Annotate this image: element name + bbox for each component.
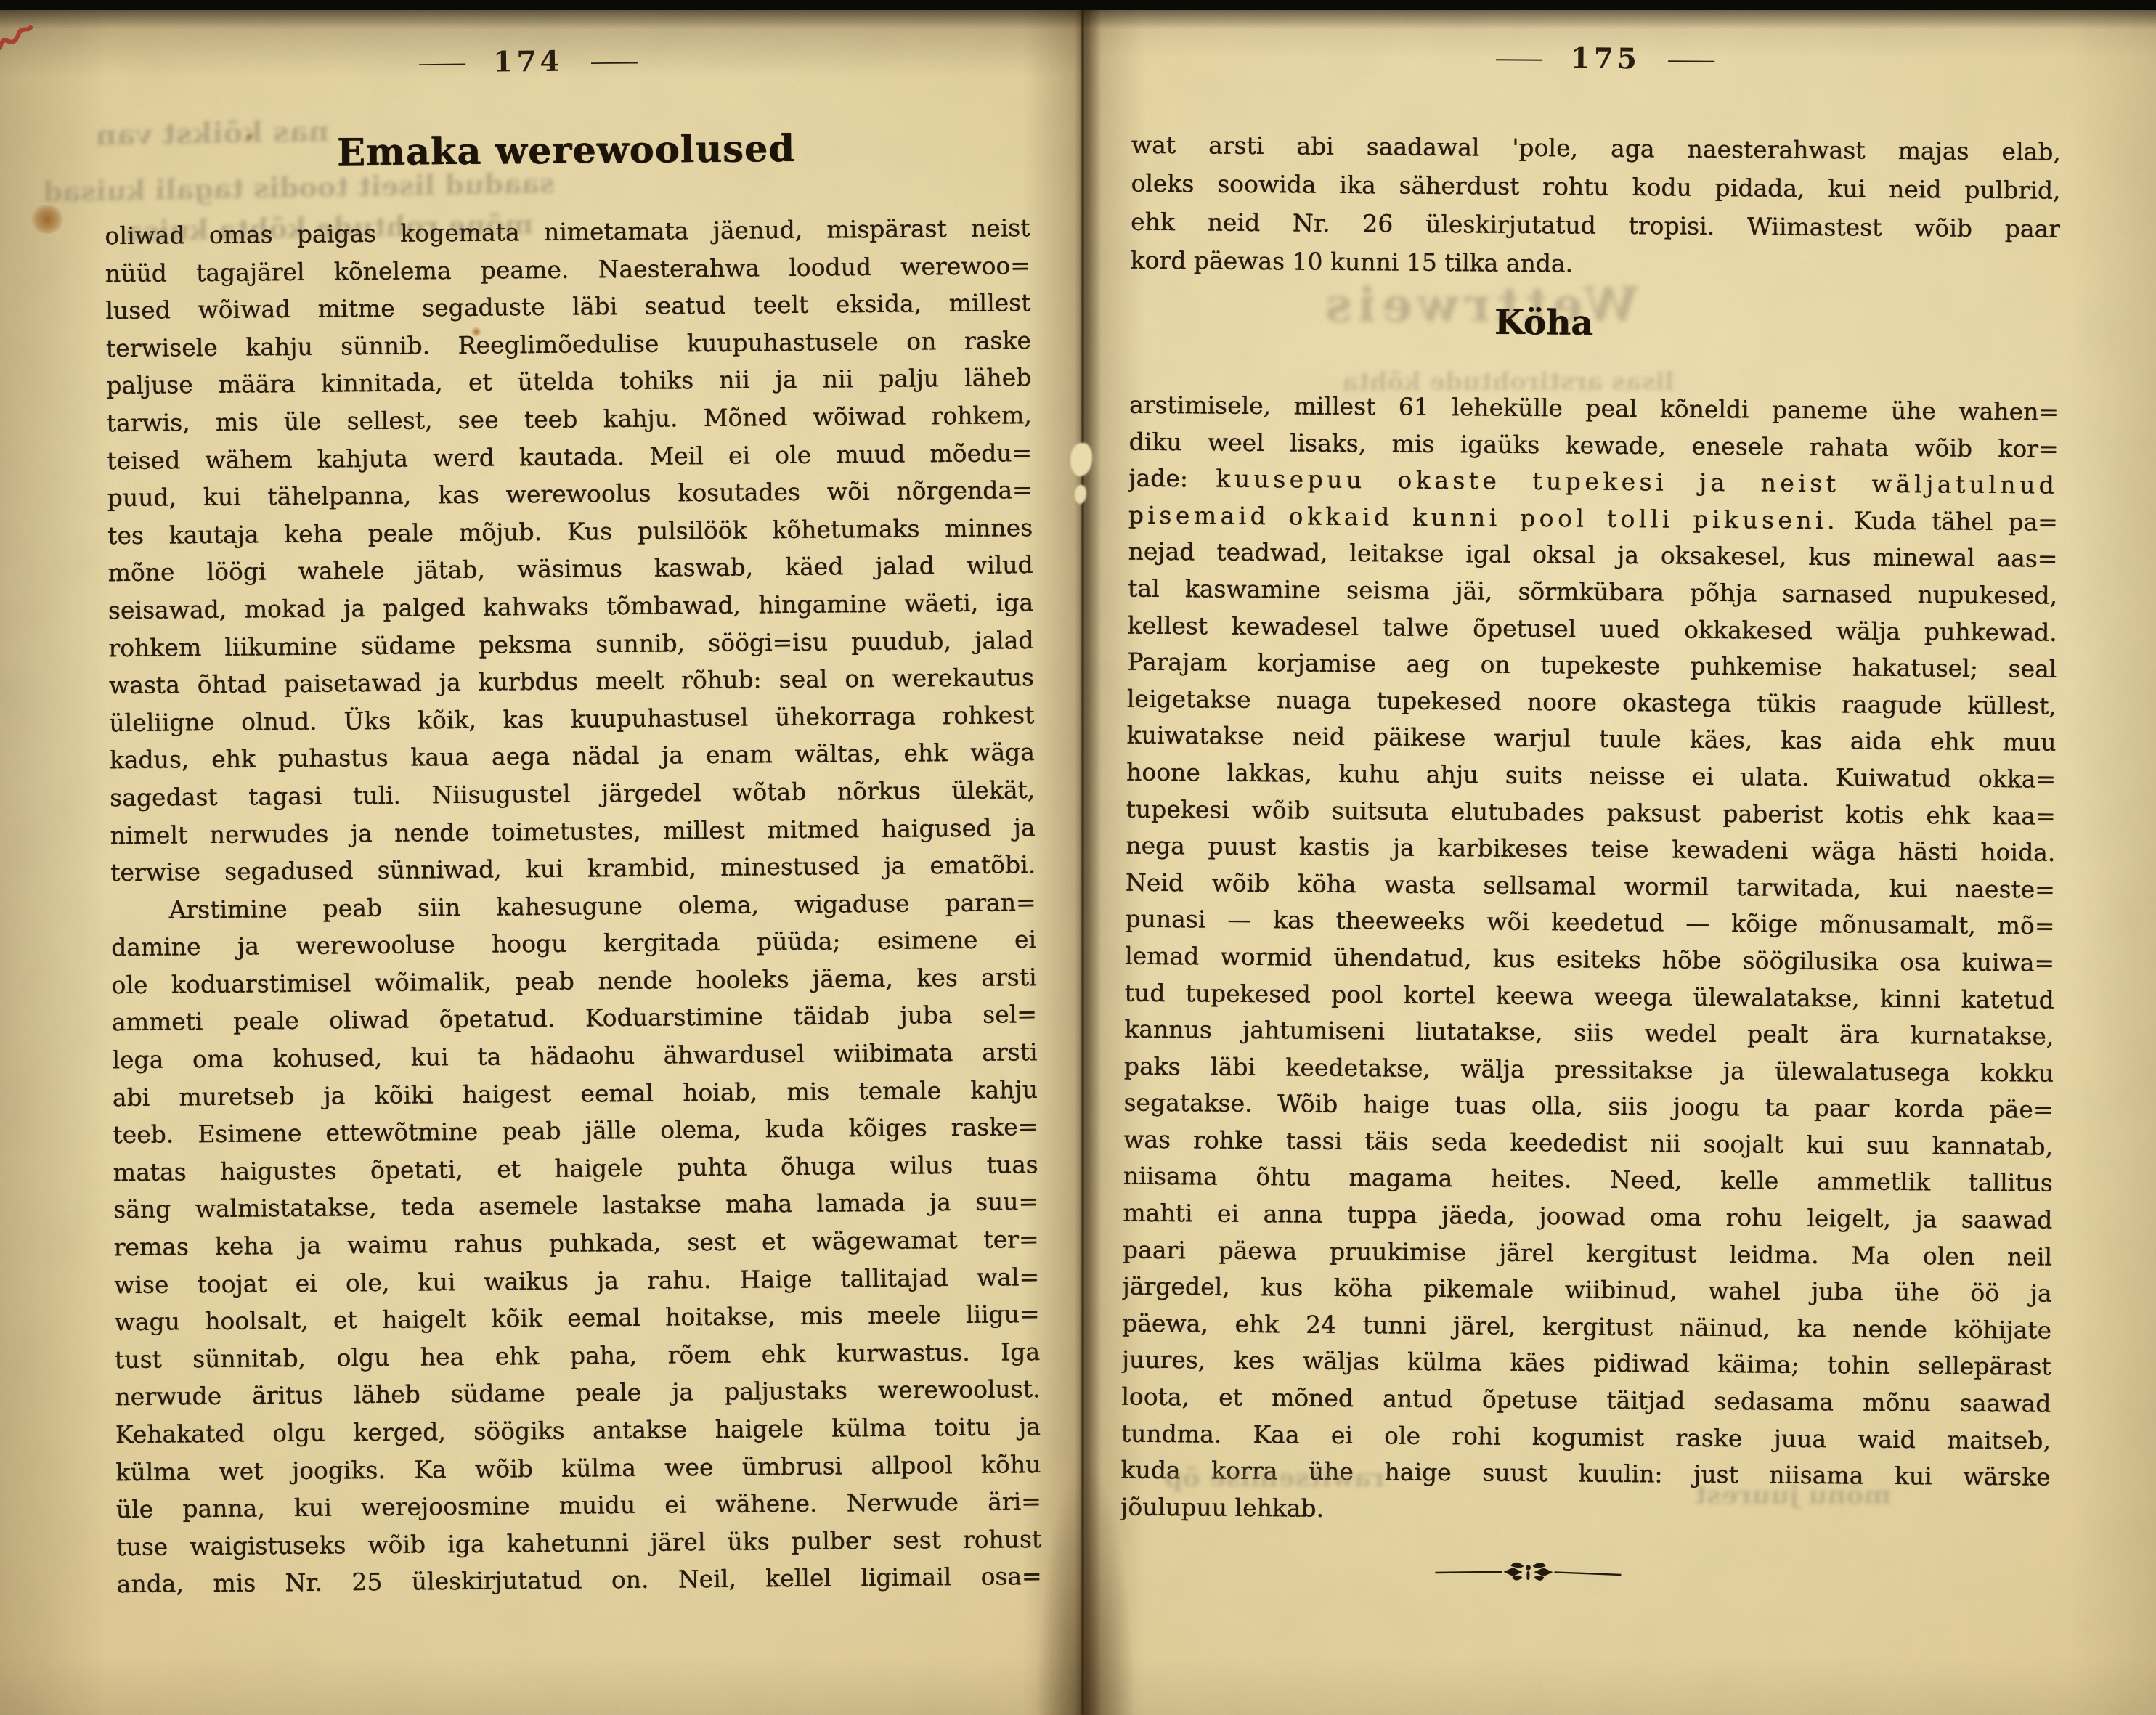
text-run: juures, kes wäljas külma käes pidiwad kä… — [1122, 1345, 2051, 1381]
page-number-174: 174 — [493, 45, 564, 79]
text-run: hoone lakkas, kuhu ahju suits neisse ei … — [1126, 758, 2056, 794]
text-run: Arstimine peab siin kahesugune olema, wi… — [168, 888, 1036, 924]
text-run: tal kaswamine seisma jäi, sõrmkübara põh… — [1128, 574, 2057, 610]
text-run: was rohke tassi täis seda keededist nii … — [1123, 1125, 2053, 1161]
text-run: nüüd tagajärel kõnelema peame. Naesterah… — [105, 251, 1030, 288]
text-run: lused wõiwad mitme segaduste läbi seatud… — [105, 288, 1030, 325]
page-174-content: — 174 — nas kõikst van saadud liseit too… — [0, 3, 1092, 1715]
red-ink-mark — [0, 16, 35, 62]
text-run: punasi — kas theeweeks wõi keedetud — kõ… — [1125, 905, 2054, 940]
page-number-175: 175 — [1570, 41, 1640, 76]
text-run: seisawad, mokad ja palged kahwaks tõmbaw… — [108, 588, 1033, 624]
emphasized-spaced-text: pisemaid okkaid kunni pool tolli pikusen… — [1128, 500, 1839, 534]
text-run: tupekesi wõib suitsuta elutubades paksus… — [1126, 794, 2056, 830]
text-run: rohkem liikumine südame peksma sunnib, s… — [108, 626, 1033, 662]
text-run: niisama õhtu magama heites. Need, kelle … — [1123, 1162, 2053, 1197]
text-run: teised wähem kahjuta werd kautada. Meil … — [107, 439, 1032, 475]
text-run: arstimisele, millest 61 lehekülle peal k… — [1129, 391, 2059, 426]
text-run: külma wet joogiks. Ka wõib külma wee ümb… — [115, 1450, 1041, 1486]
text-run: Parajam korjamise aeg on tupekeste puhke… — [1127, 648, 2057, 683]
text-run: kuiwatakse neid päikese warjul tuule käe… — [1126, 721, 2056, 757]
text-run: tes kautaja keha peale mõjub. Kus pulsil… — [107, 513, 1033, 550]
text-run: wasta õhtad paisetawad ja kurbdus meelt … — [109, 663, 1034, 699]
text-run: nejad teadwad, leitakse igal oksal ja ok… — [1128, 537, 2057, 573]
page-175: — 175 — wat arsti abi saadawal 'pole, ag… — [1083, 7, 2156, 1715]
text-run: Kehakated olgu kerged, söögiks antakse h… — [115, 1412, 1041, 1449]
emphasized-spaced-text: kuusepuu okaste tupekesi ja neist wäljat… — [1216, 465, 2058, 500]
text-line: kord päewas 10 kunni 15 tilka anda. — [1130, 241, 2059, 287]
text-run: paks läbi keedetakse, wälja pressitakse … — [1124, 1051, 2054, 1087]
page-175-header: — 175 — — [1155, 38, 2056, 79]
text-run: mõne löögi wahele jätab, wäsimus kaswab,… — [107, 550, 1033, 587]
text-run: kuda korra ühe haige suust kuulin: just … — [1120, 1456, 2050, 1491]
text-run: nimelt nerwudes ja nende toimetustes, mi… — [110, 813, 1036, 850]
page-175-content: — 175 — wat arsti abi saadawal 'pole, ag… — [1075, 3, 2156, 1715]
text-run: tarwis, mis üle sellest, see teeb kahju.… — [107, 401, 1032, 437]
text-run: ammeti peale oliwad õpetatud. Koduarstim… — [112, 1001, 1037, 1037]
text-run: diku weel lisaks, mis igaüks kewade, ene… — [1129, 427, 2059, 463]
text-run: oleks soowida ika säherdust rohtu kodu p… — [1131, 169, 2060, 205]
text-run: segatakse. Wõib haige tuas olla, siis jo… — [1123, 1088, 2053, 1124]
text-run: kadus, ehk puhastus kaua aega nädal ja e… — [110, 738, 1035, 774]
text-line: hoone lakkas, kuhu ahju suits neisse ei … — [1126, 754, 2056, 799]
text-run: abi muretseb ja kõiki haigest eemal hoia… — [113, 1075, 1038, 1112]
text-run: loota, et mõned antud õpetuse täitjad se… — [1121, 1382, 2051, 1418]
book-spread-scan: — 174 — nas kõikst van saadud liseit too… — [0, 0, 2156, 1715]
text-run: terwisele kahju sünnib. Reeglimõedulise … — [106, 326, 1031, 362]
text-run: Kuda tähel pa= — [1839, 506, 2058, 536]
text-run: tuse waigistuseks wõib iga kahetunni jär… — [116, 1525, 1041, 1561]
text-run: nega puust kastis ja karbikeses teise ke… — [1126, 831, 2055, 867]
text-run: puud, kui tähelpanna, kas werewoolus kos… — [107, 476, 1032, 512]
text-run: damine ja werewooluse hoogu kergitada pü… — [111, 925, 1036, 961]
text-run: paari päewa pruukimise järel kergitust l… — [1123, 1235, 2052, 1271]
text-run: matas haigustes õpetati, et haigele puht… — [113, 1150, 1038, 1186]
scan-top-edge — [0, 0, 2156, 10]
text-run: järgedel, kus köha pikemale wiibinud, wa… — [1122, 1272, 2051, 1308]
page-174-header: — 174 — — [63, 41, 993, 83]
text-run: teeb. Esimene ettewõtmine peab jälle ole… — [113, 1112, 1038, 1149]
page-174: — 174 — nas kõikst van saadud liseit too… — [0, 7, 1083, 1715]
header-dash-icon: — — [589, 49, 640, 74]
header-dash-icon: — — [1494, 45, 1545, 70]
text-run: oliwad omas paigas kogemata nimetamata j… — [105, 213, 1030, 250]
text-run: jõulupuu lehkab. — [1120, 1492, 1324, 1522]
text-run: sagedast tagasi tuli. Niisugustel järged… — [110, 775, 1035, 812]
text-run: Neid wõib köha wasta sellsamal wormil ta… — [1126, 868, 2055, 903]
text-run: kord päewas 10 kunni 15 tilka anda. — [1130, 246, 1573, 278]
text-run: jade: — [1128, 464, 1216, 493]
text-run: tud tupekesed pool kortel keewa weega ül… — [1125, 978, 2054, 1014]
text-run: paljuse määra kinnitada, et ütelda tohik… — [106, 363, 1031, 399]
text-line: jõulupuu lehkab. — [1120, 1488, 2050, 1533]
section-title: Emaka werewoolused — [75, 125, 1057, 177]
text-run: wagu hoolsalt, et haigelt kõik eemal hoi… — [114, 1300, 1039, 1336]
text-line: lemad wormid ühendatud, kus esiteks hõbe… — [1125, 938, 2054, 982]
header-dash-icon: — — [1666, 46, 1717, 72]
text-run: remas keha ja waimu rahus puhkada, sest … — [113, 1225, 1038, 1261]
page-175-body: arstimisele, millest 61 lehekülle peal k… — [1120, 387, 2059, 1533]
text-run: ole koduarstimisel wõimalik, peab nende … — [111, 963, 1036, 999]
page-174-body: oliwad omas paigas kogemata nimetamata j… — [105, 209, 1042, 1603]
text-run: kellest kewadesel talwe õpetusel uued ok… — [1128, 611, 2057, 646]
text-line: anda, mis Nr. 25 üleskirjutatud on. Neil… — [116, 1557, 1041, 1603]
chapter-heading-koha: Köha — [1130, 300, 1958, 346]
text-run: tundma. Kaa ei ole rohi kogumist raske j… — [1121, 1419, 2051, 1454]
text-run: üle panna, kui werejoosmine muidu ei wäh… — [116, 1487, 1041, 1523]
text-run: terwise segadused sünniwad, kui krambid,… — [110, 850, 1036, 887]
text-run: üleliigne olnud. Üks kõik, kas kuupuhast… — [109, 701, 1034, 737]
text-run: nerwude äritus läheb südame peale ja pal… — [115, 1374, 1040, 1411]
page-175-continuation: wat arsti abi saadawal 'pole, aga naeste… — [1130, 126, 2061, 287]
text-run: ehk neid Nr. 26 üleskirjutatud tropisi. … — [1131, 208, 2060, 243]
text-run: wise toojat ei ole, kui waikus ja rahu. … — [114, 1263, 1039, 1299]
text-run: lega oma kohused, kui ta hädaohu ähwardu… — [112, 1038, 1037, 1074]
text-run: tust sünnitab, olgu hea ehk paha, rõem e… — [115, 1337, 1040, 1374]
text-run: wat arsti abi saadawal 'pole, aga naeste… — [1131, 131, 2061, 166]
text-run: mahti ei anna tuppa jäeda, joowad oma ro… — [1123, 1199, 2052, 1234]
text-run: säng walmistatakse, teda asemele lastaks… — [113, 1187, 1038, 1223]
text-run: päewa, ehk 24 tunni järel, kergitust näi… — [1122, 1308, 2051, 1344]
text-run: kannus jahtumiseni liutatakse, siis wede… — [1124, 1015, 2054, 1051]
header-dash-icon: — — [416, 50, 468, 76]
text-run: lemad wormid ühendatud, kus esiteks hõbe… — [1125, 942, 2054, 977]
fleuron-divider-icon — [1433, 1557, 1622, 1590]
text-run: leigetakse nuaga tupekesed noore okasteg… — [1127, 684, 2057, 720]
text-run: anda, mis Nr. 25 üleskirjutatud on. Neil… — [117, 1562, 1042, 1598]
